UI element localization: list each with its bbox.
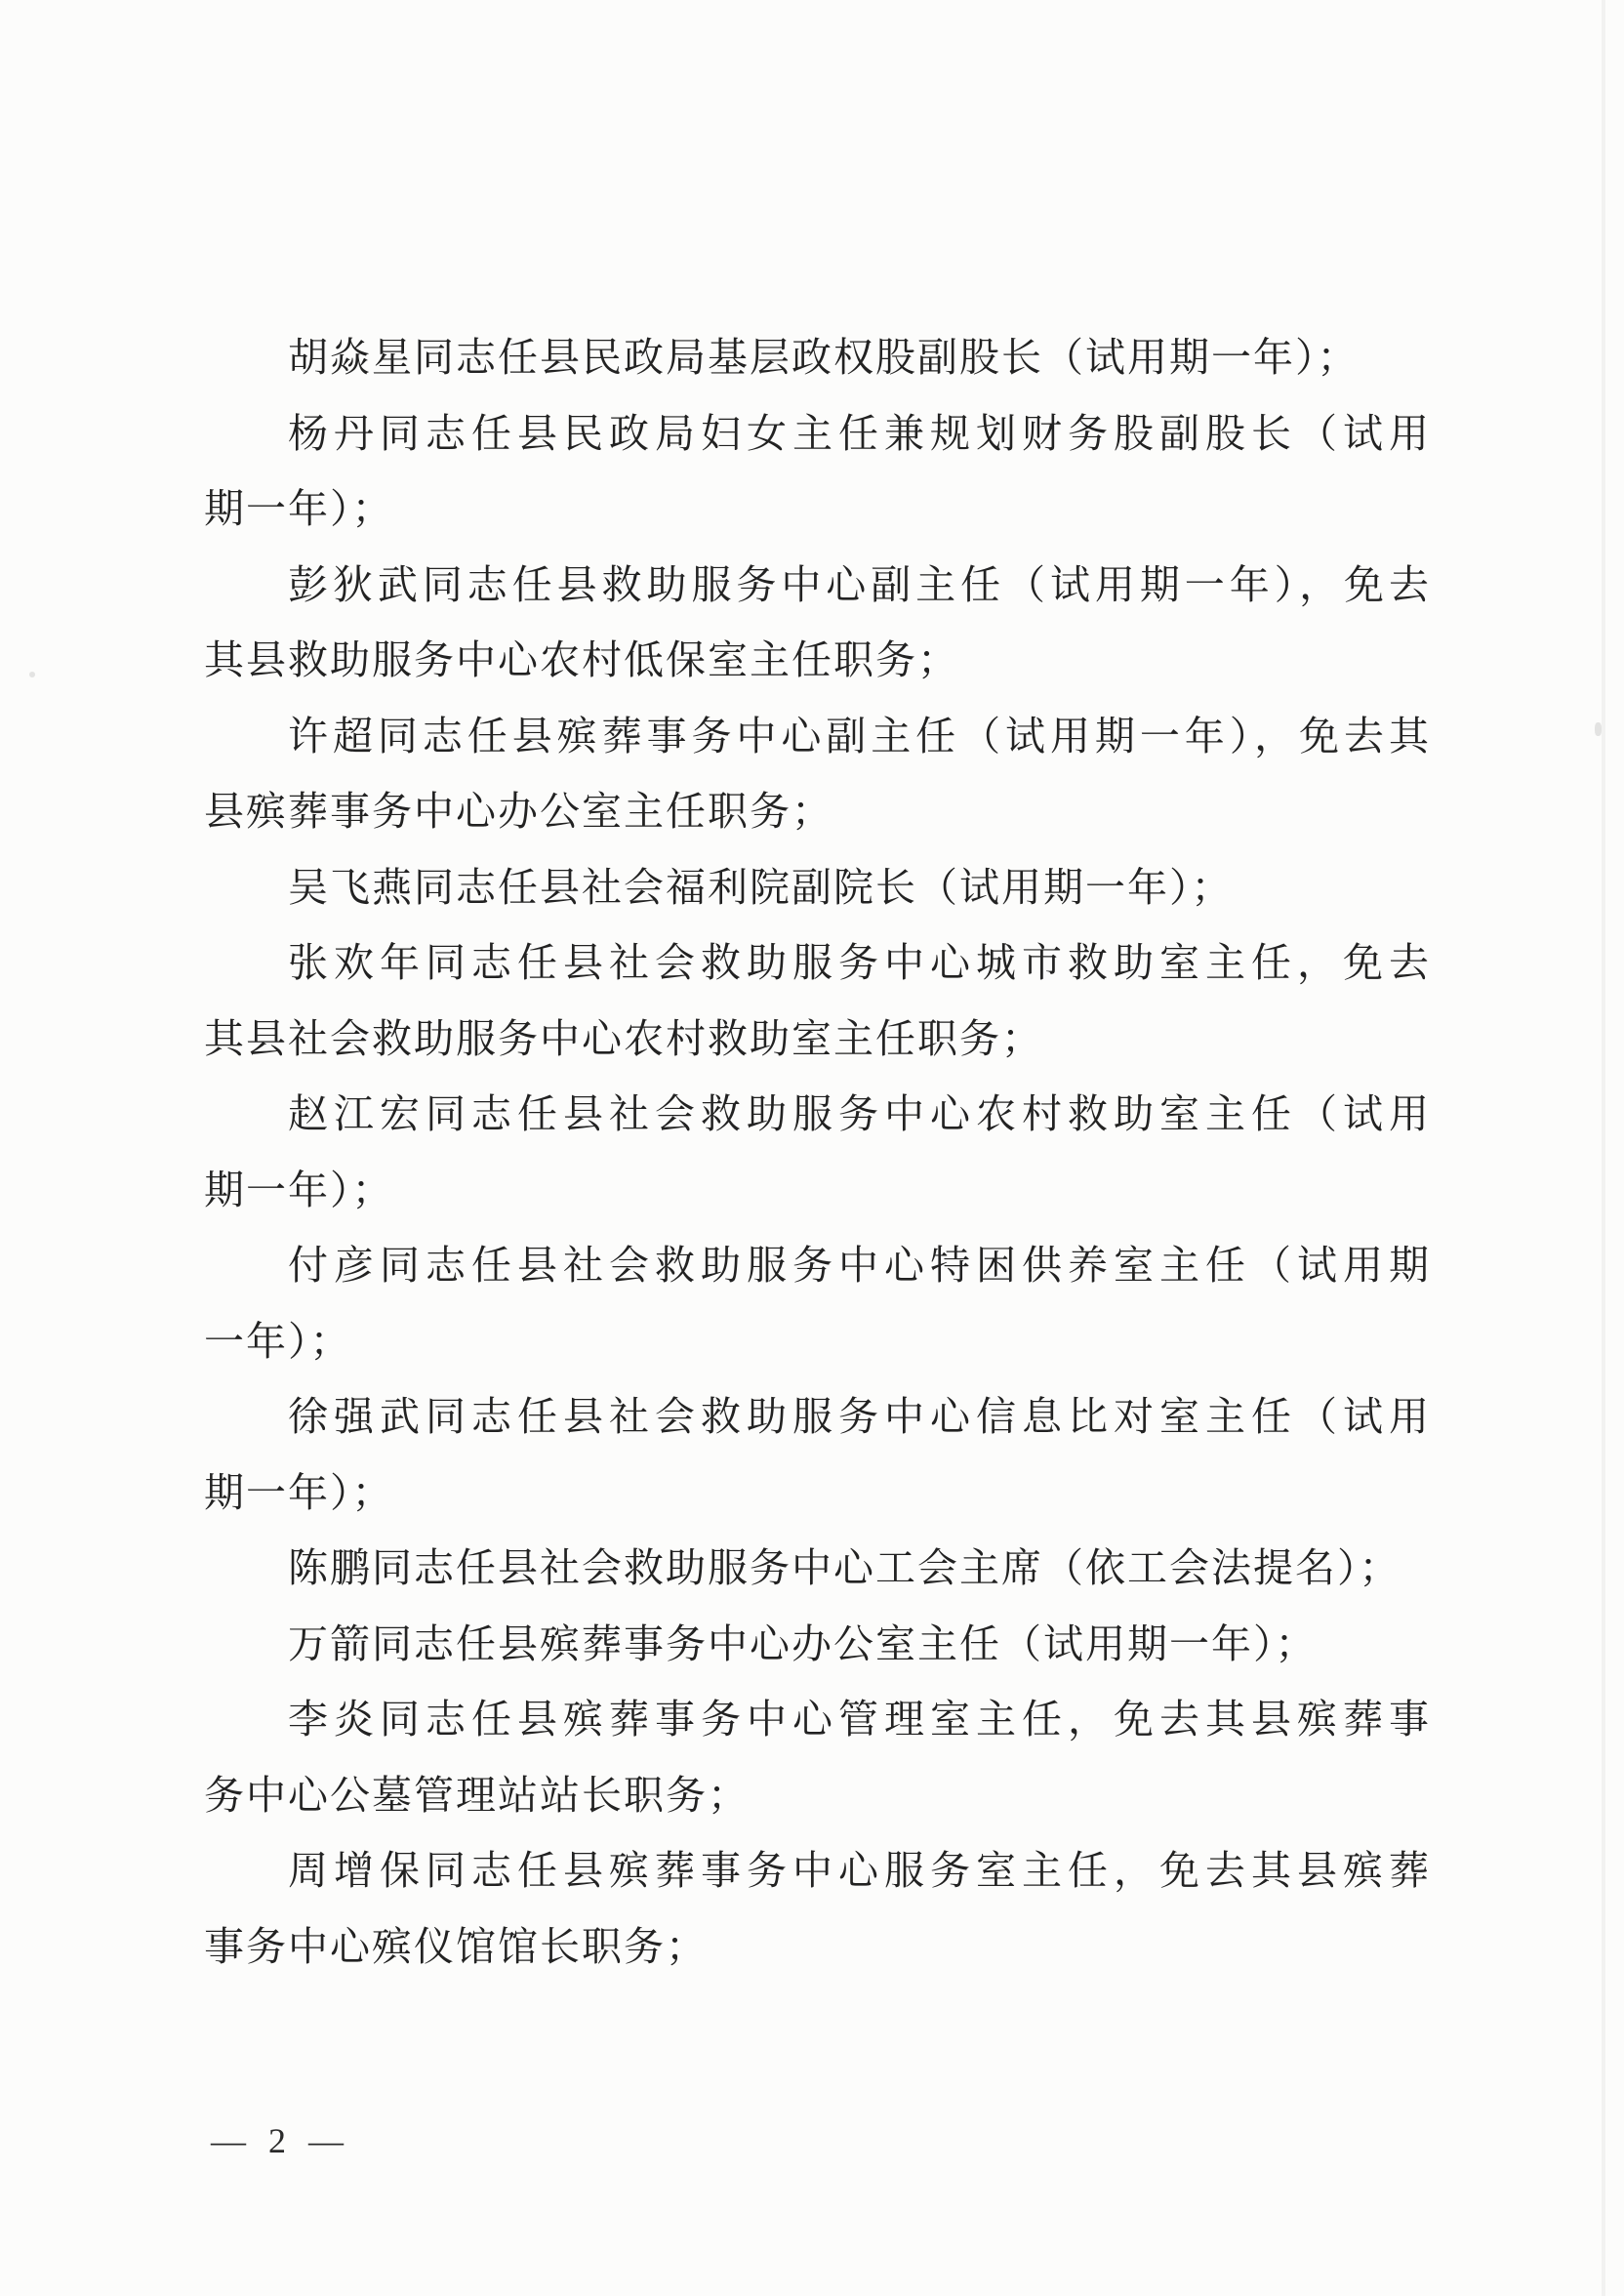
text-line: 期一年）； (204, 1153, 1431, 1229)
text-line: 徐强武同志任县社会救助服务中心信息比对室主任（试用 (204, 1379, 1431, 1455)
text-line: 一年）； (204, 1304, 1431, 1380)
text-line: 吴飞燕同志任县社会福利院副院长（试用期一年）； (204, 850, 1431, 926)
document-page: 胡焱星同志任县民政局基层政权股副股长（试用期一年）； 杨丹同志任县民政局妇女主任… (0, 0, 1624, 2296)
text-line: 赵江宏同志任县社会救助服务中心农村救助室主任（试用 (204, 1077, 1431, 1153)
text-line: 张欢年同志任县社会救助服务中心城市救助室主任，免去 (204, 925, 1431, 1002)
text-line: 杨丹同志任县民政局妇女主任兼规划财务股副股长（试用 (204, 396, 1431, 472)
text-line: 事务中心殡仪馆馆长职务； (204, 1909, 1431, 1986)
text-line: 彭狄武同志任县救助服务中心副主任（试用期一年），免去 (204, 548, 1431, 624)
text-line: 陈鹏同志任县社会救助服务中心工会主席（依工会法提名）； (204, 1531, 1431, 1607)
text-line: 期一年）； (204, 1455, 1431, 1532)
text-line: 李炎同志任县殡葬事务中心管理室主任，免去其县殡葬事 (204, 1682, 1431, 1758)
text-line: 许超同志任县殡葬事务中心副主任（试用期一年），免去其 (204, 699, 1431, 775)
text-line: 期一年）； (204, 471, 1431, 548)
text-line: 万箭同志任县殡葬事务中心办公室主任（试用期一年）； (204, 1607, 1431, 1683)
scan-artifact (29, 672, 35, 677)
text-line: 务中心公墓管理站站长职务； (204, 1758, 1431, 1834)
page-number: — 2 — (211, 2120, 350, 2161)
scan-artifact (1602, 0, 1605, 2296)
text-line: 其县社会救助服务中心农村救助室主任职务； (204, 1002, 1431, 1078)
text-line: 胡焱星同志任县民政局基层政权股副股长（试用期一年）； (204, 320, 1431, 396)
text-line: 付彦同志任县社会救助服务中心特困供养室主任（试用期 (204, 1228, 1431, 1304)
text-line: 县殡葬事务中心办公室主任职务； (204, 774, 1431, 850)
scan-artifact (1595, 722, 1602, 736)
text-line: 周增保同志任县殡葬事务中心服务室主任，免去其县殡葬 (204, 1833, 1431, 1909)
document-body: 胡焱星同志任县民政局基层政权股副股长（试用期一年）； 杨丹同志任县民政局妇女主任… (204, 320, 1431, 1985)
text-line: 其县救助服务中心农村低保室主任职务； (204, 623, 1431, 699)
